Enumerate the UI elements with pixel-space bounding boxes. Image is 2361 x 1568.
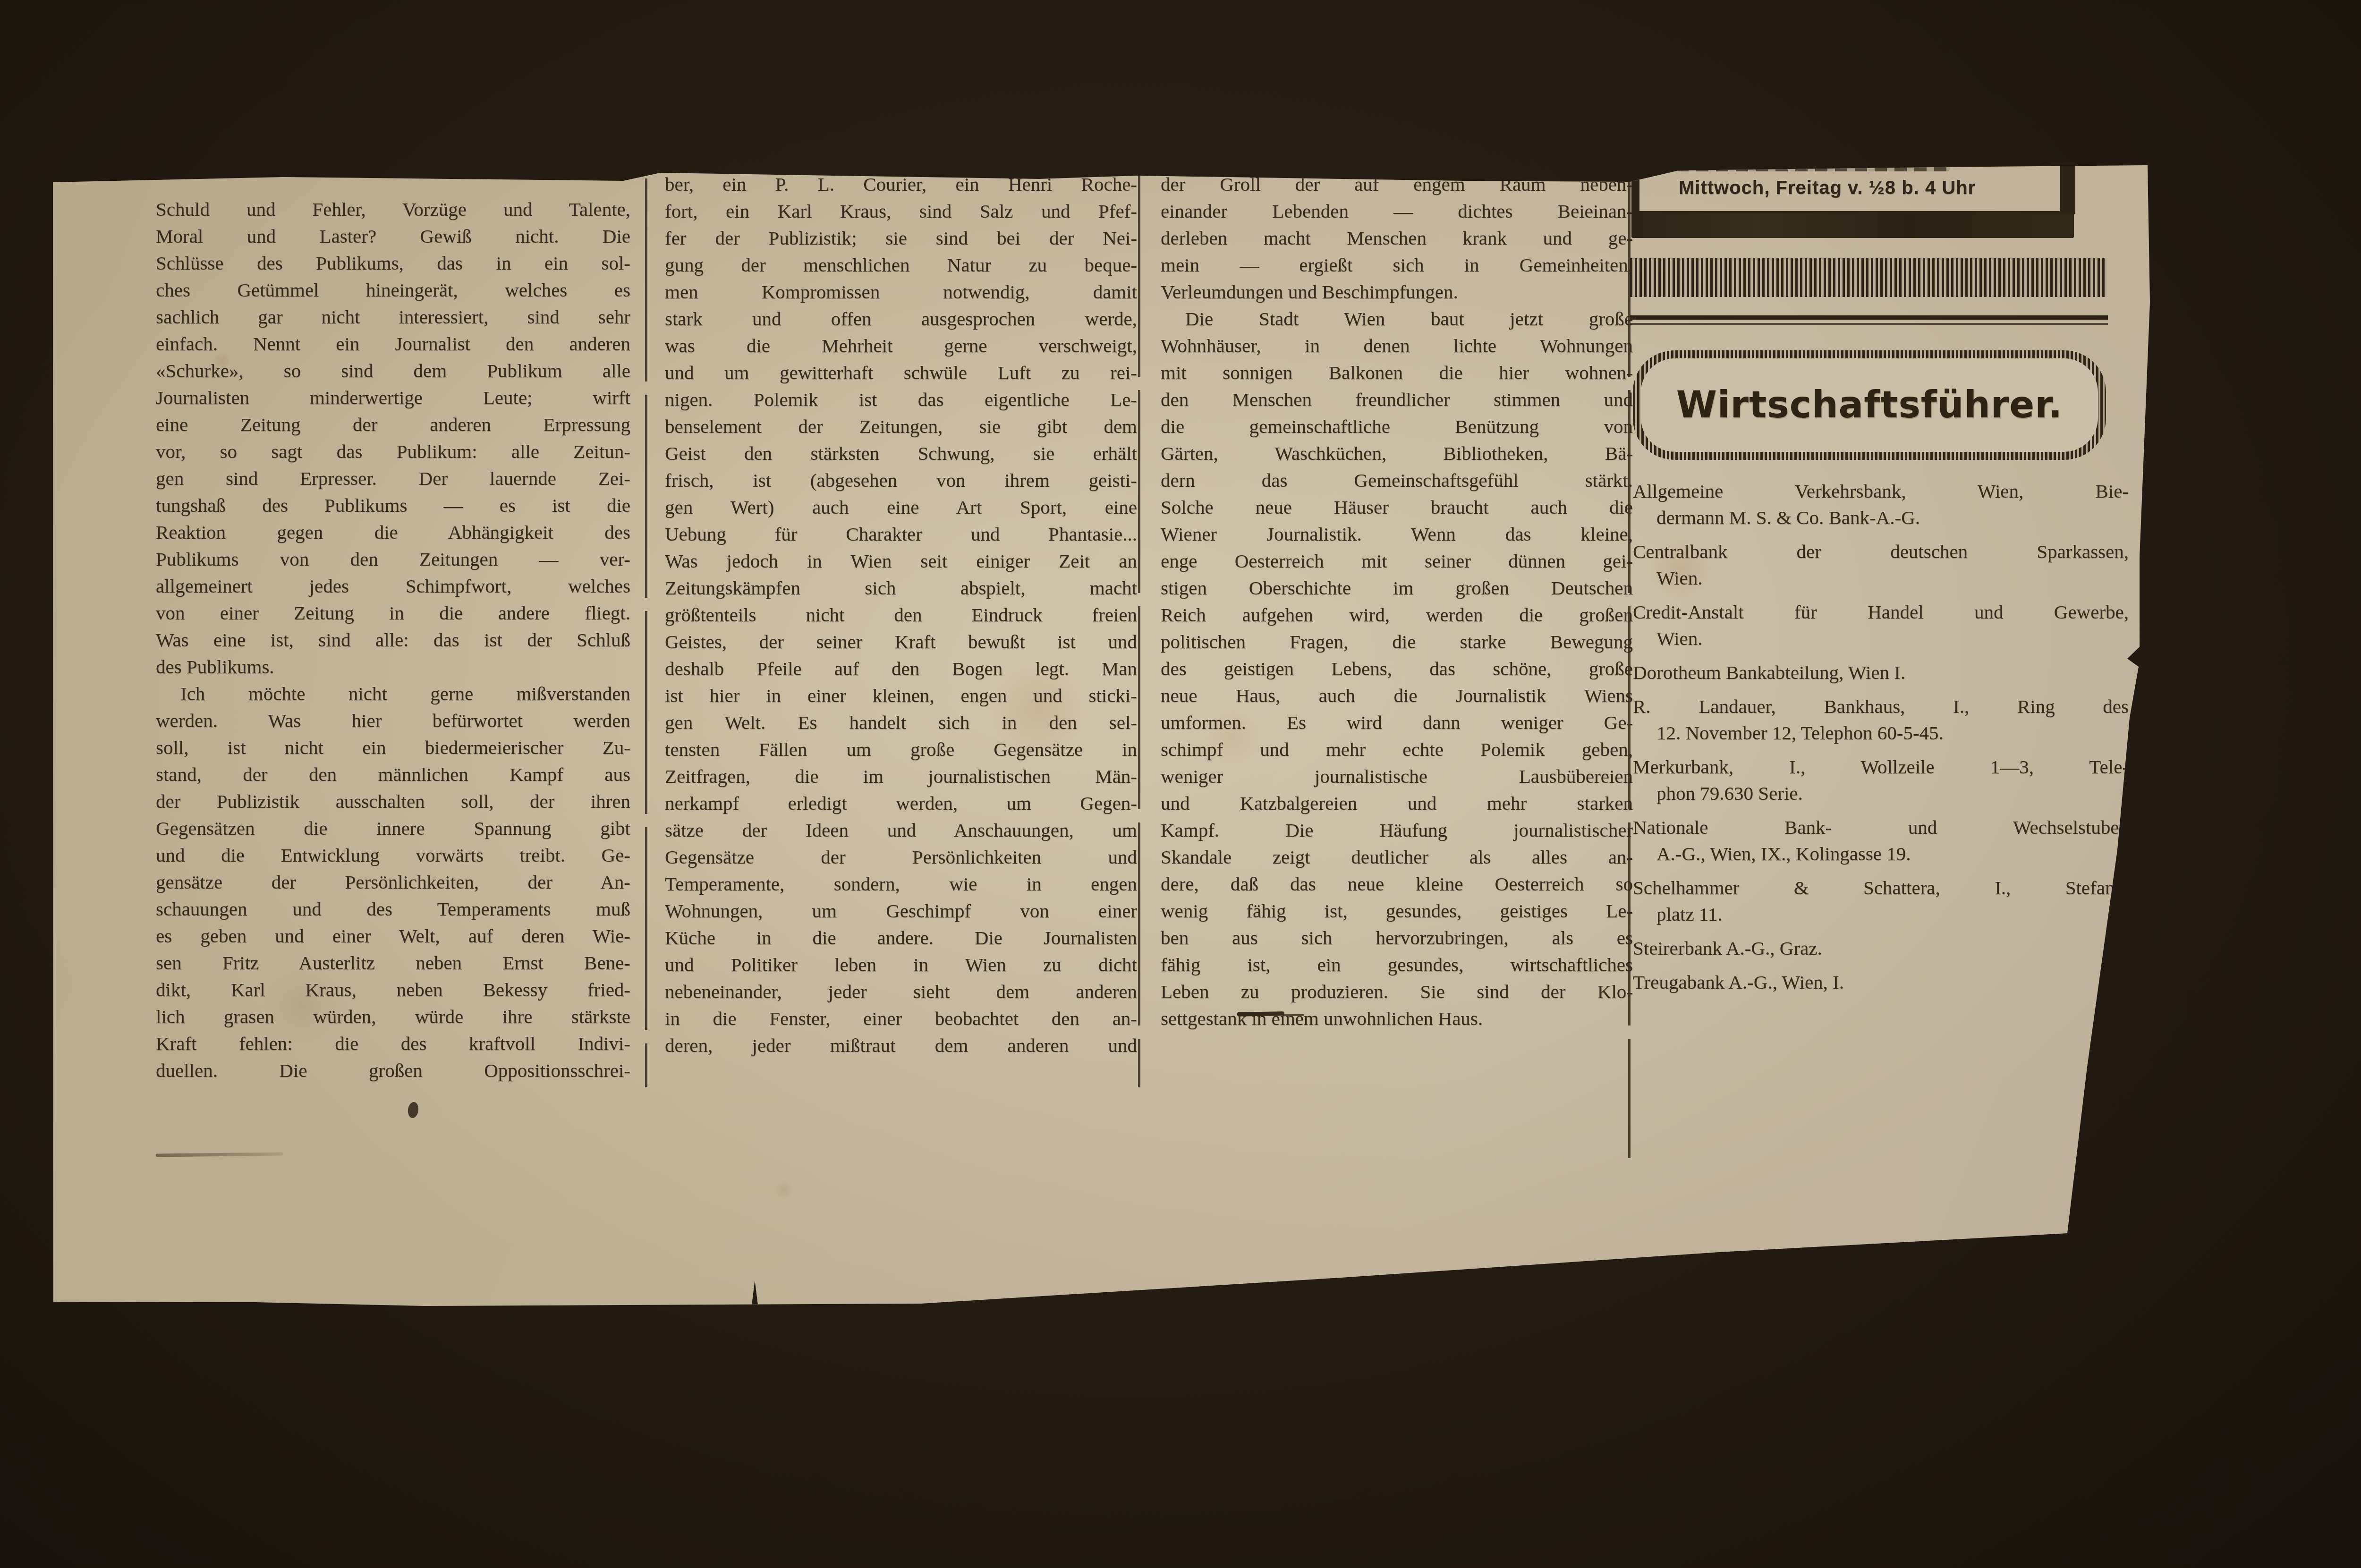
- text-line: benselement der Zeitungen, sie gibt dem: [665, 413, 1137, 440]
- text-line: einander Lebenden — dichtes Beieinan-: [1161, 198, 1633, 225]
- newspaper-clipping: Schuld und Fehler, Vorzüge und Talente,M…: [0, 0, 2361, 1568]
- text-line: Centralbank der deutschen Sparkassen,: [1633, 538, 2129, 565]
- text-line: stand, der den männlichen Kampf aus: [156, 761, 630, 788]
- article-column-2: ber, ein P. L. Courier, ein Henri Roche-…: [665, 171, 1137, 1059]
- text-line: Schelhammer & Schattera, I., Stefans-: [1633, 874, 2129, 901]
- bank-entry: Merkurbank, I., Wollzeile 1—3, Tele-phon…: [1633, 754, 2129, 806]
- text-line: soll, ist nicht ein biedermeierischer Zu…: [156, 734, 630, 761]
- text-line: nerkampf erledigt werden, um Gegen-: [665, 790, 1137, 817]
- text-line: Steirerbank A.-G., Graz.: [1633, 935, 2129, 961]
- article-end-dash: [1237, 1011, 1284, 1017]
- text-line: den Menschen freundlicher stimmen und: [1161, 386, 1633, 413]
- text-line: Publikums von den Zeitungen — ver-: [156, 546, 630, 573]
- text-line: werden. Was hier befürwortet werden: [156, 707, 630, 734]
- text-line: mit sonnigen Balkonen die hier wohnen-: [1161, 359, 1633, 386]
- section-header-badge: Wirtschaftsführer.: [1633, 350, 2106, 460]
- text-line: Zeitfragen, die im journalistischen Män-: [665, 763, 1137, 790]
- text-line: Gegensätzen die innere Spannung gibt: [156, 815, 630, 842]
- text-line: Temperamente, sondern, wie in engen: [665, 871, 1137, 898]
- text-line: derleben macht Menschen krank und ge-: [1161, 225, 1633, 252]
- text-line: R. Landauer, Bankhaus, I., Ring des: [1633, 693, 2129, 720]
- text-line: Die Stadt Wien baut jetzt große: [1161, 305, 1633, 332]
- text-line: Gegensätze der Persönlichkeiten und: [665, 844, 1137, 871]
- text-line: Wohnhäuser, in denen lichte Wohnungen: [1161, 332, 1633, 359]
- text-line: Geistes, der seiner Kraft bewußt ist und: [665, 628, 1137, 655]
- text-line: Schlüsse des Publikums, das in ein sol-: [156, 250, 630, 277]
- text-line: settgestank in einem unwohnlichen Haus.: [1161, 1005, 1633, 1032]
- hatched-band: [1630, 258, 2107, 297]
- text-line: Skandale zeigt deutlicher als alles an-: [1161, 844, 1633, 871]
- text-line: ber, ein P. L. Courier, ein Henri Roche-: [665, 171, 1137, 198]
- text-line: politischen Fragen, die starke Bewegung: [1161, 628, 1633, 655]
- box-left-bar: [1631, 164, 1639, 211]
- text-line: tungshaß des Publikums — es ist die: [156, 492, 630, 519]
- double-rule-top: [1630, 315, 2108, 320]
- text-line: neue Haus, auch die Journalistik Wiens: [1161, 682, 1633, 709]
- bank-entry: Allgemeine Verkehrsbank, Wien, Bie-derma…: [1633, 478, 2129, 531]
- text-line: Merkurbank, I., Wollzeile 1—3, Tele-: [1633, 754, 2129, 780]
- column-rule: [1138, 174, 1140, 1087]
- text-line: men Kompromissen notwendig, damit: [665, 279, 1137, 305]
- text-line: ches Getümmel hineingerät, welches es: [156, 277, 630, 304]
- text-line: und Katzbalgereien und mehr starken: [1161, 790, 1633, 817]
- section-title: Wirtschaftsführer.: [1676, 384, 2063, 426]
- bank-entry: Centralbank der deutschen Sparkassen,Wie…: [1633, 538, 2129, 591]
- cut-off-text-fragment: [1676, 164, 1950, 171]
- text-line: duellen. Die großen Oppositionsschrei-: [156, 1057, 630, 1084]
- box-right-bar: [2060, 164, 2075, 211]
- text-line: Wien.: [1633, 565, 2129, 591]
- background-mat: { "masthead": { "schedule": "Mittwoch, F…: [0, 0, 2361, 1568]
- text-line: mein — ergießt sich in Gemeinheiten,: [1161, 252, 1633, 279]
- text-line: gen Welt. Es handelt sich in den sel-: [665, 709, 1137, 736]
- text-line: lich grasen würden, würde ihre stärkste: [156, 1003, 630, 1030]
- column-rule: [645, 178, 647, 1087]
- bank-entry: Schelhammer & Schattera, I., Stefans-pla…: [1633, 874, 2129, 927]
- text-line: Journalisten minderwertige Leute; wirft: [156, 384, 630, 411]
- text-line: Solche neue Häuser braucht auch die: [1161, 494, 1633, 521]
- text-line: Wohnungen, um Geschimpf von einer: [665, 898, 1137, 924]
- bank-directory: Allgemeine Verkehrsbank, Wien, Bie-derma…: [1633, 478, 2129, 1003]
- text-line: Credit-Anstalt für Handel und Gewerbe,: [1633, 599, 2129, 625]
- bank-entry: Nationale Bank- und WechselstubenA.-G., …: [1633, 814, 2129, 867]
- bank-entry: Credit-Anstalt für Handel und Gewerbe,Wi…: [1633, 599, 2129, 652]
- bank-entry: Steirerbank A.-G., Graz.: [1633, 935, 2129, 961]
- text-line: nigen. Polemik ist das eigentliche Le-: [665, 386, 1137, 413]
- schedule-text: Mittwoch, Freitag v. ½8 b. 4 Uhr: [1679, 178, 2056, 199]
- text-line: Nationale Bank- und Wechselstuben: [1633, 814, 2129, 840]
- text-line: deshalb Pfeile auf den Bogen legt. Man: [665, 655, 1137, 682]
- text-line: dermann M. S. & Co. Bank-A.-G.: [1633, 504, 2129, 531]
- text-line: einfach. Nennt ein Journalist den andere…: [156, 331, 630, 357]
- text-line: des geistigen Lebens, das schöne, große: [1161, 655, 1633, 682]
- text-line: Küche in die andere. Die Journalisten: [665, 924, 1137, 951]
- bank-entry: Dorotheum Bankabteilung, Wien I.: [1633, 659, 2129, 686]
- text-line: was die Mehrheit gerne verschweigt,: [665, 332, 1137, 359]
- text-line: Kraft fehlen: die des kraftvoll Indivi-: [156, 1030, 630, 1057]
- text-line: fähig ist, ein gesundes, wirtschaftliche…: [1161, 951, 1633, 978]
- text-line: gen Wert) auch eine Art Sport, eine: [665, 494, 1137, 521]
- text-line: Wiener Journalistik. Wenn das kleine,: [1161, 521, 1633, 548]
- text-line: und um gewitterhaft schwüle Luft zu rei-: [665, 359, 1137, 386]
- text-line: Geist den stärksten Schwung, sie erhält: [665, 440, 1137, 467]
- double-rule-bottom: [1630, 323, 2108, 325]
- article-column-3: der Groll der auf engem Raum neben-einan…: [1161, 171, 1633, 1032]
- text-line: Reich aufgehen wird, werden die großen: [1161, 602, 1633, 628]
- text-line: ben aus sich hervorzubringen, als es: [1161, 924, 1633, 951]
- article-end-dash-tail: [1282, 1014, 1304, 1017]
- text-line: wenig fähig ist, gesundes, geistiges Le-: [1161, 898, 1633, 924]
- text-line: enge Oesterreich mit seiner dünnen gei-: [1161, 548, 1633, 575]
- text-line: Dorotheum Bankabteilung, Wien I.: [1633, 659, 2129, 686]
- text-line: stigen Oberschichte im großen Deutschen: [1161, 575, 1633, 602]
- text-line: gensätze der Persönlichkeiten, der An-: [156, 869, 630, 896]
- section-header-badge-inner: Wirtschaftsführer.: [1641, 358, 2098, 452]
- text-line: dikt, Karl Kraus, neben Bekessy fried-: [156, 976, 630, 1003]
- bank-entry: R. Landauer, Bankhaus, I., Ring des12. N…: [1633, 693, 2129, 746]
- text-line: es geben und einer Welt, auf deren Wie-: [156, 923, 630, 949]
- text-line: vor, so sagt das Publikum: alle Zeitun-: [156, 438, 630, 465]
- text-line: der Publizistik ausschalten soll, der ih…: [156, 788, 630, 815]
- text-line: dere, daß das neue kleine Oesterreich so: [1161, 871, 1633, 898]
- text-line: platz 11.: [1633, 901, 2129, 927]
- text-line: Uebung für Charakter und Phantasie...: [665, 521, 1137, 548]
- text-line: stark und offen ausgesprochen werde,: [665, 305, 1137, 332]
- bank-entry: Treugabank A.-G., Wien, I.: [1633, 969, 2129, 995]
- text-line: phon 79.630 Serie.: [1633, 780, 2129, 806]
- text-line: sen Fritz Austerlitz neben Ernst Bene-: [156, 949, 630, 976]
- text-line: Was eine ist, sind alle: das ist der Sch…: [156, 627, 630, 653]
- text-line: Verleumdungen und Beschimpfungen.: [1161, 279, 1633, 305]
- text-line: und die Entwicklung vorwärts treibt. Ge-: [156, 842, 630, 869]
- text-line: eine Zeitung der anderen Erpressung: [156, 411, 630, 438]
- column-rule: [1628, 174, 1631, 1158]
- text-line: Moral und Laster? Gewiß nicht. Die: [156, 223, 630, 250]
- text-line: Gärten, Waschküchen, Bibliotheken, Bä-: [1161, 440, 1633, 467]
- text-line: A.-G., Wien, IX., Kolingasse 19.: [1633, 840, 2129, 867]
- text-line: schauungen und des Temperaments muß: [156, 896, 630, 923]
- text-line: von einer Zeitung in die andere fliegt.: [156, 600, 630, 627]
- text-line: Treugabank A.-G., Wien, I.: [1633, 969, 2129, 995]
- text-line: gung der menschlichen Natur zu beque-: [665, 252, 1137, 279]
- text-line: «Schurke», so sind dem Publikum alle: [156, 357, 630, 384]
- text-line: frisch, ist (abgesehen von ihrem geisti-: [665, 467, 1137, 494]
- text-line: des Publikums.: [156, 653, 630, 680]
- text-line: größtenteils nicht den Eindruck freien: [665, 602, 1137, 628]
- text-line: in die Fenster, einer beobachtet den an-: [665, 1005, 1137, 1032]
- schedule-box: Mittwoch, Freitag v. ½8 b. 4 Uhr: [1631, 164, 2075, 214]
- text-line: die gemeinschaftliche Benützung von: [1161, 413, 1633, 440]
- text-line: umformen. Es wird dann weniger Ge-: [1161, 709, 1633, 736]
- separator-bar: [1631, 213, 2074, 238]
- text-line: Zeitungskämpfen sich abspielt, macht: [665, 575, 1137, 602]
- text-line: Allgemeine Verkehrsbank, Wien, Bie-: [1633, 478, 2129, 504]
- text-line: gen sind Erpresser. Der lauernde Zei-: [156, 465, 630, 492]
- text-line: Wien.: [1633, 625, 2129, 652]
- text-line: tensten Fällen um große Gegensätze in: [665, 736, 1137, 763]
- text-line: ist hier in einer kleinen, engen und sti…: [665, 682, 1137, 709]
- text-line: fort, ein Karl Kraus, sind Salz und Pfef…: [665, 198, 1137, 225]
- text-line: sachlich gar nicht interessiert, sind se…: [156, 304, 630, 331]
- text-line: Reaktion gegen die Abhängigkeit des: [156, 519, 630, 546]
- text-line: allgemeinert jedes Schimpfwort, welches: [156, 573, 630, 600]
- article-column-1: Schuld und Fehler, Vorzüge und Talente,M…: [156, 196, 630, 1084]
- text-line: der Groll der auf engem Raum neben-: [1161, 171, 1633, 198]
- text-line: weniger journalistische Lausbübereien: [1161, 763, 1633, 790]
- text-line: dern das Gemeinschaftsgefühl stärkt.: [1161, 467, 1633, 494]
- text-line: Kampf. Die Häufung journalistischer: [1161, 817, 1633, 844]
- text-line: und Politiker leben in Wien zu dicht: [665, 951, 1137, 978]
- text-line: deren, jeder mißtraut dem anderen und: [665, 1032, 1137, 1059]
- text-line: nebeneinander, jeder sieht dem anderen: [665, 978, 1137, 1005]
- text-line: fer der Publizistik; sie sind bei der Ne…: [665, 225, 1137, 252]
- text-line: Leben zu produzieren. Sie sind der Klo-: [1161, 978, 1633, 1005]
- text-line: schimpf und mehr echte Polemik geben,: [1161, 736, 1633, 763]
- text-line: Schuld und Fehler, Vorzüge und Talente,: [156, 196, 630, 223]
- text-line: sätze der Ideen und Anschauungen, um: [665, 817, 1137, 844]
- text-line: Ich möchte nicht gerne mißverstanden: [156, 680, 630, 707]
- text-line: 12. November 12, Telephon 60-5-45.: [1633, 720, 2129, 746]
- text-line: Was jedoch in Wien seit einiger Zeit an: [665, 548, 1137, 575]
